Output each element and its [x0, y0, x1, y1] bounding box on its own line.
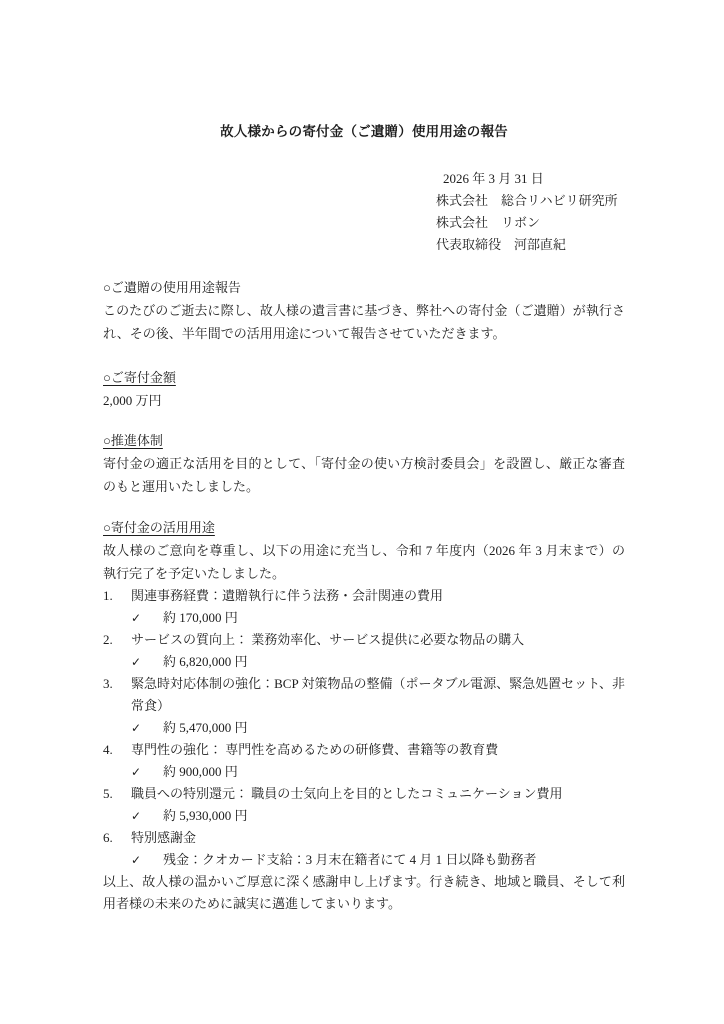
item-label: 緊急時対応体制の強化：BCP 対策物品の整備（ポータブル電源、緊急処置セット、非… [131, 673, 625, 717]
checkmark-icon: ✓ [131, 805, 163, 827]
item-amount: 約 5,930,000 円 [163, 805, 248, 827]
item-label: 関連事務経費：遺贈執行に伴う法務・会計関連の費用 [131, 585, 625, 607]
list-item: 5. 職員への特別還元： 職員の士気向上を目的としたコミュニケーション費用 ✓ … [103, 783, 625, 827]
section-donation-amount: ○ご寄付金額 2,000 万円 [103, 366, 625, 412]
item-label: 職員への特別還元： 職員の士気向上を目的としたコミュニケーション費用 [131, 783, 625, 805]
section-body: 2,000 万円 [103, 389, 625, 412]
document-header-block: 2026 年 3 月 31 日 株式会社 総合リハビリ研究所 株式会社 リボン … [436, 168, 625, 256]
item-amount: 約 6,820,000 円 [163, 651, 248, 673]
checkmark-icon: ✓ [131, 761, 163, 783]
checkmark-icon: ✓ [131, 607, 163, 629]
section-body: 寄付金の適正な活用を目的として、「寄付金の使い方検討委員会」を設置し、厳正な審査… [103, 452, 625, 498]
list-item: 4. 専門性の強化： 専門性を高めるための研修費、書籍等の教育費 ✓ 約 900… [103, 739, 625, 783]
item-amount: 残金：クオカード支給：3 月末在籍者にて 4 月 1 日以降も勤務者 [163, 849, 536, 871]
item-amount: 約 170,000 円 [163, 607, 238, 629]
date-line: 2026 年 3 月 31 日 [436, 168, 625, 190]
section-heading: ○寄付金の活用用途 [103, 516, 625, 539]
checkmark-icon: ✓ [131, 651, 163, 673]
document-title: 故人様からの寄付金（ご遺贈）使用用途の報告 [103, 120, 625, 143]
item-number: 2. [103, 629, 131, 673]
item-label: 専門性の強化： 専門性を高めるための研修費、書籍等の教育費 [131, 739, 625, 761]
item-number: 5. [103, 783, 131, 827]
item-number: 4. [103, 739, 131, 783]
item-amount: 約 900,000 円 [163, 761, 238, 783]
list-item: 3. 緊急時対応体制の強化：BCP 対策物品の整備（ポータブル電源、緊急処置セッ… [103, 673, 625, 739]
list-item: 6. 特別感謝金 ✓ 残金：クオカード支給：3 月末在籍者にて 4 月 1 日以… [103, 827, 625, 871]
section-bequest-usage-report: ○ご遺贈の使用用途報告 このたびのご逝去に際し、故人様の遺言書に基づき、弊社への… [103, 276, 625, 345]
item-amount: 約 5,470,000 円 [163, 717, 248, 739]
section-heading: ○ご寄付金額 [103, 366, 625, 389]
list-item: 1. 関連事務経費：遺贈執行に伴う法務・会計関連の費用 ✓ 約 170,000 … [103, 585, 625, 629]
section-body: このたびのご逝去に際し、故人様の遺言書に基づき、弊社への寄付金（ご遺贈）が執行さ… [103, 299, 625, 345]
section-fund-usage: ○寄付金の活用用途 故人様のご意向を尊重し、以下の用途に充当し、令和 7 年度内… [103, 516, 625, 915]
item-number: 1. [103, 585, 131, 629]
checkmark-icon: ✓ [131, 717, 163, 739]
item-number: 3. [103, 673, 131, 739]
checkmark-icon: ✓ [131, 849, 163, 871]
section-heading: ○推進体制 [103, 429, 625, 452]
company-line-2: 株式会社 リボン [436, 212, 625, 234]
section-intro: 故人様のご意向を尊重し、以下の用途に充当し、令和 7 年度内（2026 年 3 … [103, 539, 625, 585]
list-item: 2. サービスの質向上： 業務効率化、サービス提供に必要な物品の購入 ✓ 約 6… [103, 629, 625, 673]
document-page: 故人様からの寄付金（ご遺贈）使用用途の報告 2026 年 3 月 31 日 株式… [0, 0, 724, 1024]
item-label: 特別感謝金 [131, 827, 625, 849]
closing-paragraph: 以上、故人様の温かいご厚意に深く感謝申し上げます。行き続き、地域と職員、そして利… [103, 871, 625, 915]
representative-line: 代表取締役 河部直紀 [436, 234, 625, 256]
company-line-1: 株式会社 総合リハビリ研究所 [436, 190, 625, 212]
item-label: サービスの質向上： 業務効率化、サービス提供に必要な物品の購入 [131, 629, 625, 651]
section-heading: ○ご遺贈の使用用途報告 [103, 276, 625, 299]
usage-list: 1. 関連事務経費：遺贈執行に伴う法務・会計関連の費用 ✓ 約 170,000 … [103, 585, 625, 871]
item-number: 6. [103, 827, 131, 871]
section-promotion-structure: ○推進体制 寄付金の適正な活用を目的として、「寄付金の使い方検討委員会」を設置し… [103, 429, 625, 498]
